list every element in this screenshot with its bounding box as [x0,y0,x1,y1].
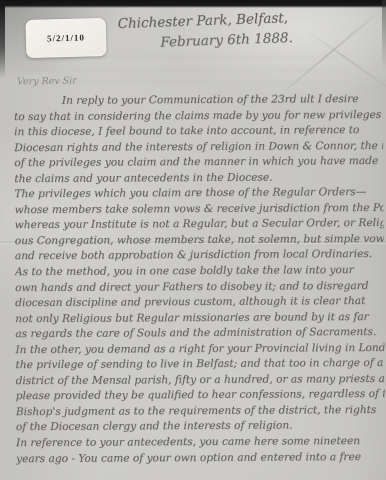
archive-reference-sticker: 5/2/1/10 [26,18,107,58]
scan-edge-left [0,0,5,78]
scanned-letter-page: 5/2/1/10 Chichester Park, Belfast, Febru… [0,0,386,480]
letter-line: diocesan discipline and previous custom,… [15,294,384,312]
letter-date: February 6th 1888. [160,30,293,51]
salutation: Very Rev Sir [17,75,77,87]
archive-reference-number: 5/2/1/10 [47,33,85,44]
letter-line: Bishop's judgment as to the requirements… [16,403,385,421]
letter-line: in this diocese, I feel bound to take in… [14,123,383,141]
letter-line: years ago - You came of your own option … [16,449,385,467]
letter-line: of the privileges you claim and the mann… [14,154,383,172]
letter-header: Chichester Park, Belfast, February 6th 1… [117,10,293,52]
letter-line: As to the method, you in one case boldly… [15,263,384,281]
letter-line: In reference to your antecedents, you ca… [16,434,385,452]
letter-body: In reply to your Communication of the 23… [14,92,385,467]
sender-address: Chichester Park, Belfast, [117,10,292,32]
scan-edge-right [382,0,386,70]
letter-line: In reply to your Communication of the 23… [14,92,383,110]
scan-edge-top [0,0,386,8]
